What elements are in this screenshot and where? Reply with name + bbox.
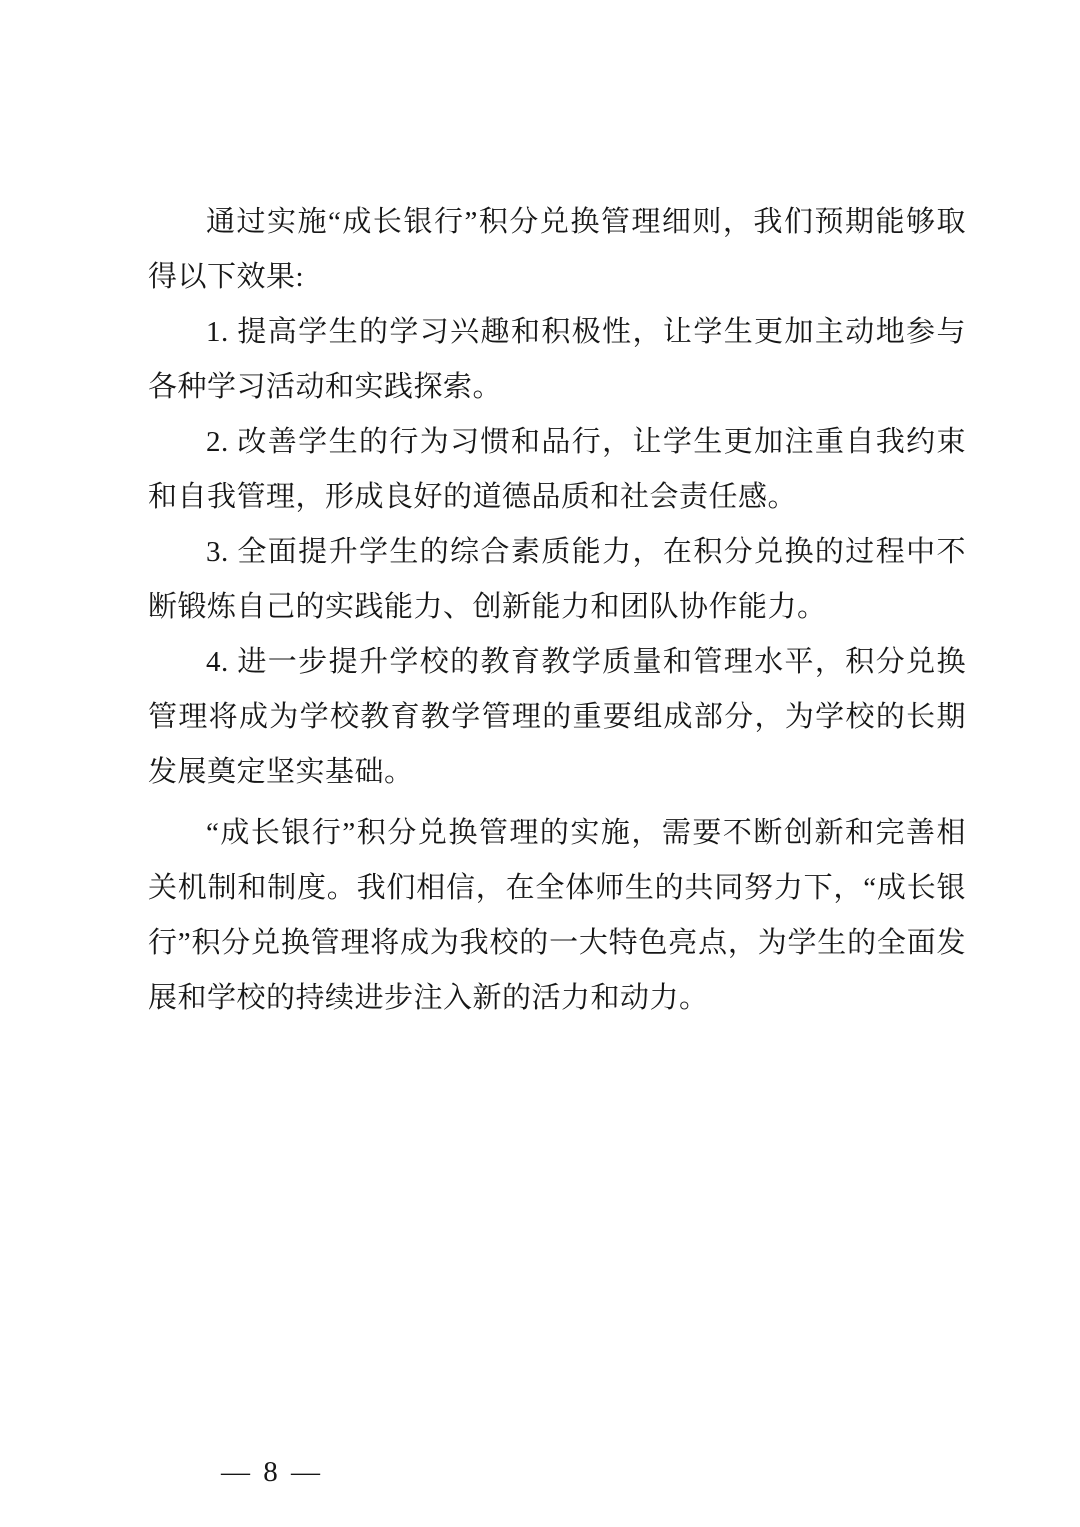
page-footer: — 8 — [180, 1405, 323, 1450]
document-body: 通过实施“成长银行”积分兑换管理细则，我们预期能够取得以下效果: 1. 提高学生… [148, 195, 966, 1026]
page-number: — 8 — [221, 1456, 323, 1488]
paragraph-conclusion: “成长银行”积分兑换管理的实施，需要不断创新和完善相关机制和制度。我们相信，在全… [148, 806, 966, 1026]
paragraph-effect-2: 2. 改善学生的行为习惯和品行，让学生更加注重自我约束和自我管理，形成良好的道德… [148, 415, 966, 525]
document-page: 通过实施“成长银行”积分兑换管理细则，我们预期能够取得以下效果: 1. 提高学生… [0, 0, 1080, 1527]
paragraph-intro: 通过实施“成长银行”积分兑换管理细则，我们预期能够取得以下效果: [148, 195, 966, 305]
paragraph-effect-1: 1. 提高学生的学习兴趣和积极性，让学生更加主动地参与各种学习活动和实践探索。 [148, 305, 966, 415]
paragraph-effect-4: 4. 进一步提升学校的教育教学质量和管理水平，积分兑换管理将成为学校教育教学管理… [148, 635, 966, 800]
paragraph-effect-3: 3. 全面提升学生的综合素质能力，在积分兑换的过程中不断锻炼自己的实践能力、创新… [148, 525, 966, 635]
